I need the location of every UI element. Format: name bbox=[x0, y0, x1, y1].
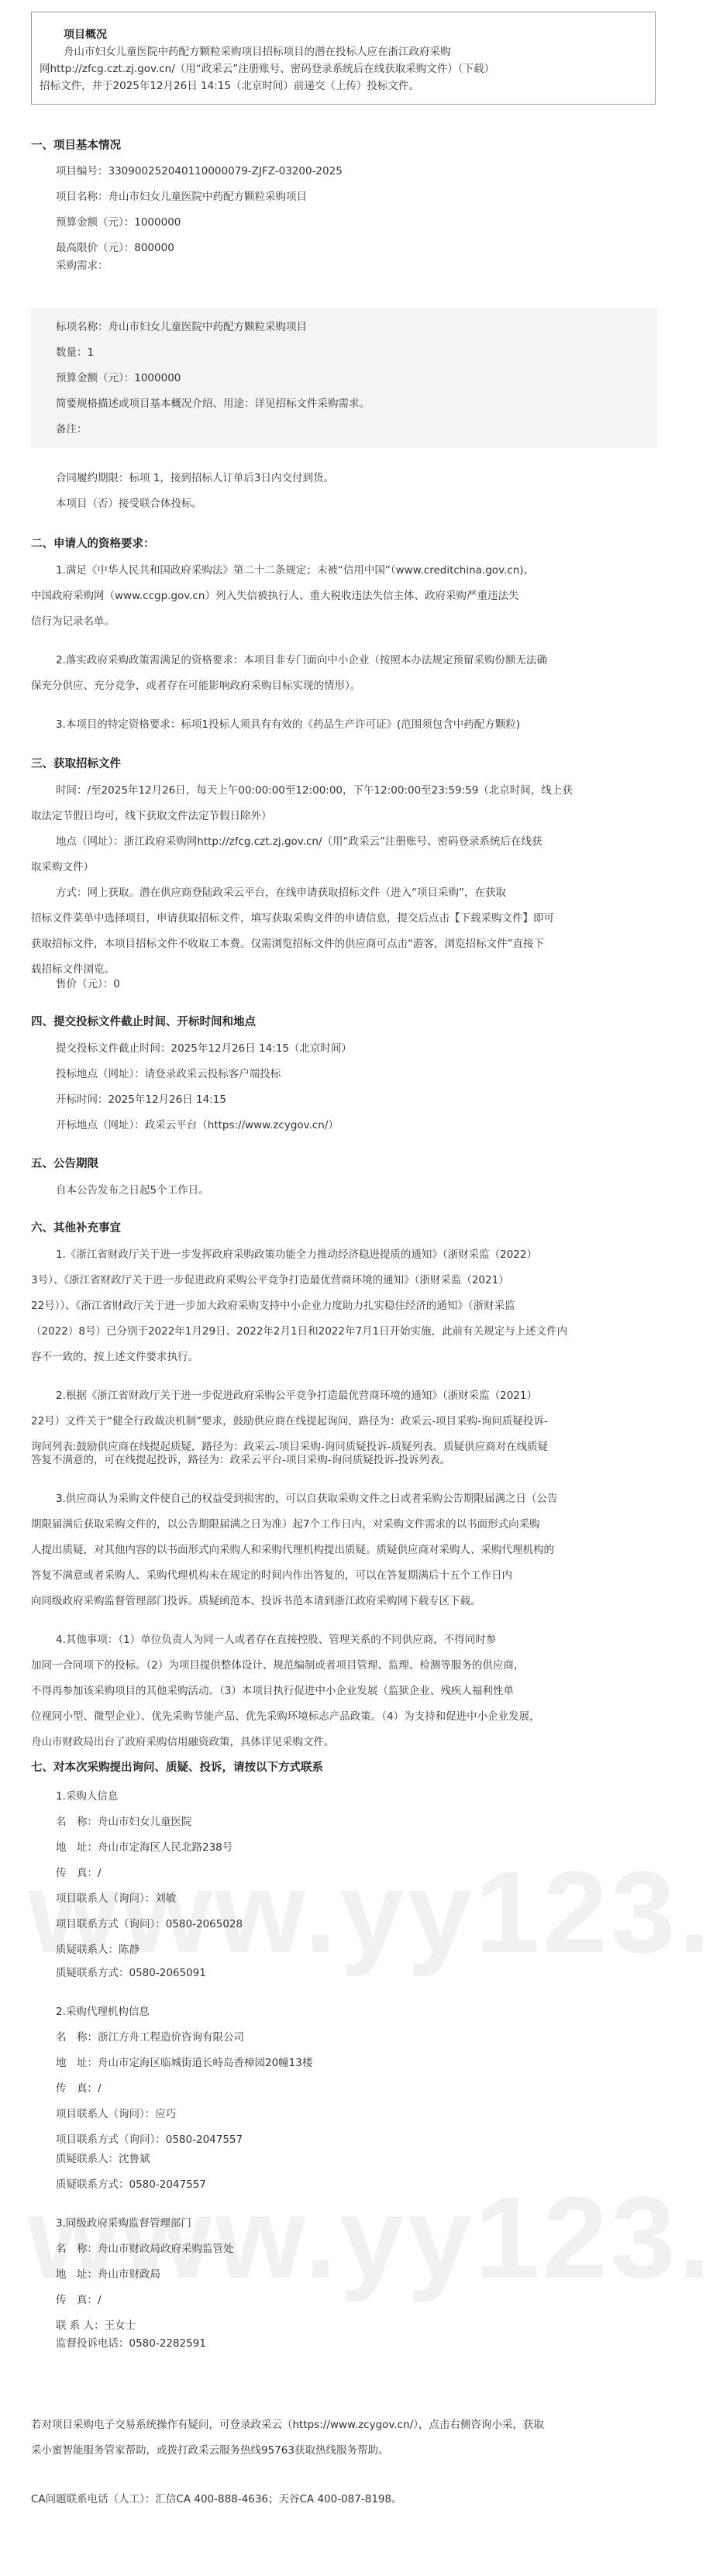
qualification-item-2: 保充分供应、充分竞争，或者存在可能影响政府采购目标实现的情形）。 bbox=[31, 677, 360, 692]
purchaser-fax: 传 真：/ bbox=[56, 1864, 102, 1879]
get-docs-place: 地点（网址）：浙江政府采购网http://zfcg.czt.zj.gov.cn/… bbox=[56, 832, 542, 848]
other-item-3: 3.供应商认为采购文件使自己的权益受到损害的，可以自获取采购文件之日或者采购公告… bbox=[56, 1489, 557, 1505]
project-number: 项目编号：330900252040110000079-ZJFZ-03200-20… bbox=[56, 162, 343, 177]
agency-title: 2.采购代理机构信息 bbox=[56, 2003, 150, 2018]
section-heading-get-docs: 三、获取招标文件 bbox=[31, 755, 666, 771]
other-item-4: 位视同小型、微型企业）、优先采购节能产品、优先采购环境标志产品政策。（4）为支持… bbox=[31, 1707, 540, 1723]
agency-fax: 传 真：/ bbox=[56, 2079, 102, 2095]
get-docs-method: 招标文件菜单中选择项目，申请获取招标文件，填写获取采购文件的申请信息，提交后点击… bbox=[31, 909, 554, 925]
get-docs-time: 取法定节假日均可，线下获取文件法定节假日除外） bbox=[31, 807, 272, 822]
project-name: 项目名称：舟山市妇女儿童医院中药配方颗粒采购项目 bbox=[56, 188, 307, 203]
lot-quantity: 数量：1 bbox=[56, 343, 94, 359]
purchaser-contact: 项目联系人（询问）：刘敏 bbox=[56, 1889, 176, 1905]
other-item-2: 答复不满意的，可在线提起投诉，路径为：政采云平台-项目采购-询问质疑投诉-投诉列… bbox=[31, 1451, 450, 1466]
overview-box: 项目概况 舟山市妇女儿童医院中药配方颗粒采购项目招标项目的潜在投标人应在浙江政府… bbox=[31, 12, 656, 105]
other-item-4: 4.其他事项：（1）单位负责人为同一人或者存在直接控股、管理关系的不同供应商，不… bbox=[56, 1631, 496, 1646]
qualification-item-2: 2.落实政府采购政策需满足的资格要求：本项目非专门面向中小企业（按照本办法规定预… bbox=[56, 651, 547, 666]
overview-text: 网http://zfcg.czt.zj.gov.cn/（用“政采云”注册账号、密… bbox=[40, 60, 655, 77]
agency-phone: 项目联系方式（询问）：0580-2047557 bbox=[56, 2130, 243, 2146]
other-item-4: 不得再参加该采购项目的其他采购活动。（3）本项目执行促进中小企业发展（监狱企业、… bbox=[31, 1682, 514, 1697]
lot-remark: 备注： bbox=[56, 420, 88, 436]
agency-name: 名 称：浙江方舟工程造价咨询有限公司 bbox=[56, 2028, 244, 2044]
purchaser-query-phone: 质疑联系方式：0580-2065091 bbox=[56, 1964, 206, 1979]
other-item-1: 1.《浙江省财政厅关于进一步发挥政府采购政策功能全力推动经济稳进提质的通知》（浙… bbox=[56, 1245, 537, 1261]
other-item-3: 期限届满后获取采购文件的，以公告期限届满之日为准）起7个工作日内，对采购文件需求… bbox=[31, 1515, 540, 1531]
section-heading-contacts: 七、对本次采购提出询问、质疑、投诉，请按以下方式联系 bbox=[31, 1758, 666, 1775]
supervisor-address: 地 址：舟山市财政局 bbox=[56, 2265, 160, 2281]
qualification-item-1: 中国政府采购网（www.ccgp.gov.cn）列入失信被执行人、重大税收违法失… bbox=[31, 587, 519, 602]
get-docs-method: 获取招标文件，本项目招标文件不收取工本费。仅需浏览招标文件的供应商可点击“游客，… bbox=[31, 935, 544, 950]
consortium-note: 本项目（否）接受联合体投标。 bbox=[56, 494, 202, 510]
other-item-1: 3号）、《浙江省财政厅关于进一步促进政府采购公平竞争打造最优营商环境的通知》（浙… bbox=[31, 1271, 509, 1286]
supervisor-fax: 传 真：/ bbox=[56, 2291, 102, 2306]
other-item-1: （2022）8号）已分别于2022年1月29日、2022年2月1日和2022年7… bbox=[31, 1322, 567, 1338]
overview-title: 项目概况 bbox=[40, 26, 655, 43]
bid-place: 投标地点（网址）：请登录政采云投标客户端投标 bbox=[56, 1065, 281, 1080]
purchaser-phone: 项目联系方式（询问）：0580-2065028 bbox=[56, 1915, 243, 1930]
other-item-4: 舟山市财政局出台了政府采购信用融资政策，具体详见采购文件。 bbox=[31, 1733, 335, 1748]
get-docs-method: 方式：网上获取。潜在供应商登陆政采云平台，在线申请获取招标文件（进入“项目采购”… bbox=[56, 883, 506, 899]
supervisor-phone: 监督投诉电话：0580-2282591 bbox=[56, 2334, 206, 2350]
qualification-item-3: 3.本项目的特定资格要求：标项1投标人须具有有效的《药品生产许可证》(范围须包含… bbox=[56, 715, 520, 731]
agency-contact: 项目联系人（询问）：应巧 bbox=[56, 2105, 176, 2120]
supervisor-contact: 联 系 人：王女士 bbox=[56, 2316, 136, 2332]
other-item-4: 加同一合同项下的投标。（2）为项目提供整体设计、规范编制或者项目管理、监理、检测… bbox=[31, 1656, 524, 1672]
supervisor-name: 名 称：舟山市财政局政府采购监管处 bbox=[56, 2240, 234, 2255]
budget-amount: 预算金额（元）：1000000 bbox=[56, 213, 181, 229]
purchaser-title: 1.采购人信息 bbox=[56, 1787, 118, 1803]
purchaser-query-contact: 质疑联系人：陈静 bbox=[56, 1941, 139, 1956]
section-heading-basic-info: 一、项目基本情况 bbox=[31, 136, 666, 153]
ca-contact: CA问题联系电话（人工）：汇信CA 400-888-4636；天谷CA 400-… bbox=[31, 2490, 402, 2505]
open-time: 开标时间：2025年12月26日 14:15 bbox=[56, 1090, 226, 1106]
open-place: 开标地点（网址）：政采云平台（https://www.zcygov.cn/） bbox=[56, 1116, 339, 1131]
qualification-item-1: 信行为记录名单。 bbox=[31, 612, 115, 628]
overview-text: 招标文件，并于2025年12月26日 14:15（北京时间）前递交（上传）投标文… bbox=[40, 77, 655, 95]
docs-price: 售价（元）：0 bbox=[56, 975, 120, 990]
section-heading-notice-period: 五、公告期限 bbox=[31, 1155, 666, 1171]
lot-description: 简要规格描述或项目基本概况介绍、用途：详见招标文件采购需求。 bbox=[56, 394, 370, 410]
qualification-item-1: 1.满足《中华人民共和国政府采购法》第二十二条规定；未被“信用中国”（www.c… bbox=[56, 561, 534, 577]
lot-name: 标项名称：舟山市妇女儿童医院中药配方颗粒采购项目 bbox=[56, 318, 307, 333]
section-heading-other-matters: 六、其他补充事宜 bbox=[31, 1219, 666, 1235]
purchaser-address: 地 址：舟山市定海区人民北路238号 bbox=[56, 1838, 232, 1854]
other-item-1: 22号））、《浙江省财政厅关于进一步加大政府采购支持中小企业力度助力扎实稳住经济… bbox=[31, 1297, 515, 1312]
supervisor-title: 3.同级政府采购监督管理部门 bbox=[56, 2214, 191, 2230]
bid-deadline: 提交投标文件截止时间：2025年12月26日 14:15（北京时间） bbox=[56, 1039, 352, 1055]
get-docs-method: 载招标文件浏览。 bbox=[31, 960, 115, 976]
get-docs-time: 时间：/至2025年12月26日，每天上午00:00:00至12:00:00，下… bbox=[56, 781, 573, 797]
other-item-3: 人提出质疑，对其他内容的以书面形式向采购人和采购代理机构提出质疑。质疑供应商对采… bbox=[31, 1541, 554, 1556]
other-item-2: 2.根据《浙江省财政厅关于进一步促进政府采购公平竞争打造最优营商环境的通知》（浙… bbox=[56, 1386, 537, 1402]
notice-period: 自本公告发布之日起5个工作日。 bbox=[56, 1181, 209, 1197]
requirements-label: 采购需求： bbox=[56, 257, 108, 272]
overview-text: 舟山市妇女儿童医院中药配方颗粒采购项目招标项目的潜在投标人应在浙江政府采购 bbox=[40, 43, 655, 60]
help-text: 若对项目采购电子交易系统操作有疑问，可登录政采云（https://www.zcy… bbox=[31, 2416, 544, 2431]
agency-query-phone: 质疑联系方式：0580-2047557 bbox=[56, 2175, 206, 2191]
contract-period: 合同履约期限：标项 1，接到招标人订单后3日内交付到货。 bbox=[56, 469, 334, 484]
lot-budget: 预算金额（元）：1000000 bbox=[56, 369, 181, 384]
section-heading-deadline: 四、提交投标文件截止时间、开标时间和地点 bbox=[31, 1013, 666, 1029]
max-price: 最高限价（元）：800000 bbox=[56, 239, 174, 254]
section-heading-qualifications: 二、申请人的资格要求： bbox=[31, 535, 666, 551]
other-item-3: 向同级政府采购监督管理部门投诉。质疑函范本、投诉书范本请到浙江政府采购网下载专区… bbox=[31, 1592, 481, 1607]
get-docs-place: 取采购文件） bbox=[31, 858, 94, 873]
help-text: 采小蜜智能服务管家帮助，或拨打政采云服务热线95763获取热线服务帮助。 bbox=[31, 2441, 388, 2457]
other-item-2: 22号）文件关于“健全行政裁决机制”要求，鼓励供应商在线提起询问，路径为：政采云… bbox=[31, 1412, 548, 1427]
other-item-3: 答复不满意或者采购人、采购代理机构未在规定的时间内作出答复的，可以在答复期满后十… bbox=[31, 1566, 512, 1582]
agency-query-contact: 质疑联系人：沈鲁斌 bbox=[56, 2150, 150, 2165]
other-item-1: 容不一致的，按上述文件要求执行。 bbox=[31, 1348, 198, 1363]
purchaser-name: 名 称：舟山市妇女儿童医院 bbox=[56, 1813, 192, 1828]
agency-address: 地 址：舟山市定海区临城街道长峙岛香樟园20幢13楼 bbox=[56, 2054, 312, 2069]
